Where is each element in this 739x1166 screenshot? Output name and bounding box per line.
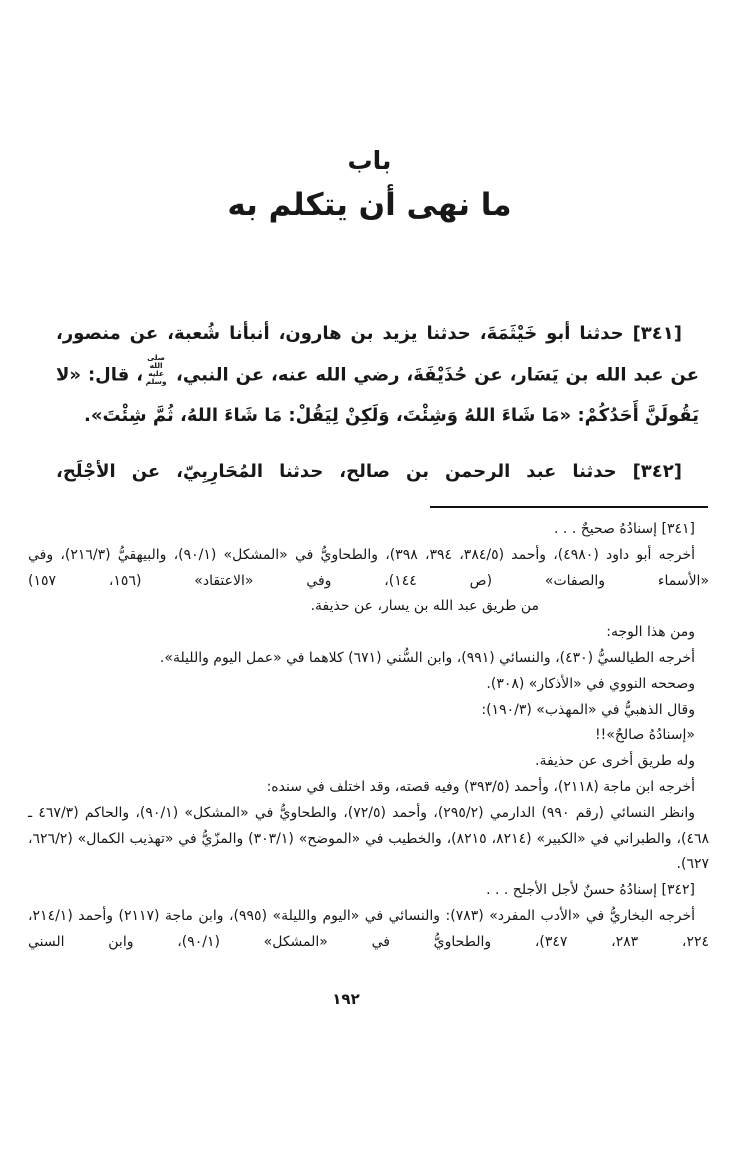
footnote-341-see-also: وانظر النسائي (رقم ٩٩٠) الدارمي (٢٩٥/٢)،… (28, 801, 709, 878)
footnote-342-grade: [٣٤٢] إسنادُهُ حسنٌ لأجل الأجلح . . . (28, 878, 709, 904)
hadith-342-paragraph: [٣٤٢] حدثنا عبد الرحمن بن صالح، حدثنا ال… (56, 452, 699, 492)
footnote-341-dhahabi: وقال الذهبيُّ في «المهذب» (١٩٠/٣): (28, 698, 709, 724)
footnote-341-isnad-path: من طريق عبد الله بن يسار، عن حذيفة. (28, 594, 539, 620)
chapter-kicker: باب (0, 146, 739, 175)
book-page: باب ما نهى أن يتكلم به [٣٤١] حدثنا أبو خ… (0, 0, 739, 1166)
footnote-342-sources: أخرجه البخاريُّ في «الأدب المفرد» (٧٨٣):… (28, 904, 709, 956)
page-number: ١٩٢ (315, 990, 377, 1008)
footnote-341-other-route: وله طريق أخرى عن حذيفة. (28, 749, 709, 775)
footnote-341-ibn-majah: أخرجه ابن ماجة (٢١١٨)، وأحمد (٣٩٣/٥) وفي… (28, 775, 709, 801)
hadith-text-block: [٣٤١] حدثنا أبو خَيْثَمَةَ، حدثنا يزيد ب… (56, 314, 699, 492)
footnote-separator-rule (430, 506, 708, 508)
footnote-341-tayalisi-sources: أخرجه الطيالسيُّ (٤٣٠)، والنسائي (٩٩١)، … (28, 646, 709, 672)
footnote-341-nawawi: وصححه النووي في «الأذكار» (٣٠٨). (28, 672, 709, 698)
footnotes-block: [٣٤١] إسنادُهُ صحيحٌ . . . أخرجه أبو داو… (28, 517, 709, 956)
footnote-341-grade: [٣٤١] إسنادُهُ صحيحٌ . . . (28, 517, 709, 543)
chapter-heading-block: باب ما نهى أن يتكلم به (0, 146, 739, 223)
chapter-title: ما نهى أن يتكلم به (0, 187, 739, 223)
footnote-341-sources: أخرجه أبو داود (٤٩٨٠)، وأحمد (٣٨٤/٥، ٣٩٤… (28, 543, 709, 595)
honorific-saw-ligature: صلى الله عليه وسلم (143, 354, 169, 386)
hadith-341-paragraph: [٣٤١] حدثنا أبو خَيْثَمَةَ، حدثنا يزيد ب… (56, 314, 699, 436)
footnote-341-dhahabi-quote: «إسنادُهُ صالحٌ»!! (28, 723, 709, 749)
footnote-341-same-route: ومن هذا الوجه: (28, 620, 709, 646)
